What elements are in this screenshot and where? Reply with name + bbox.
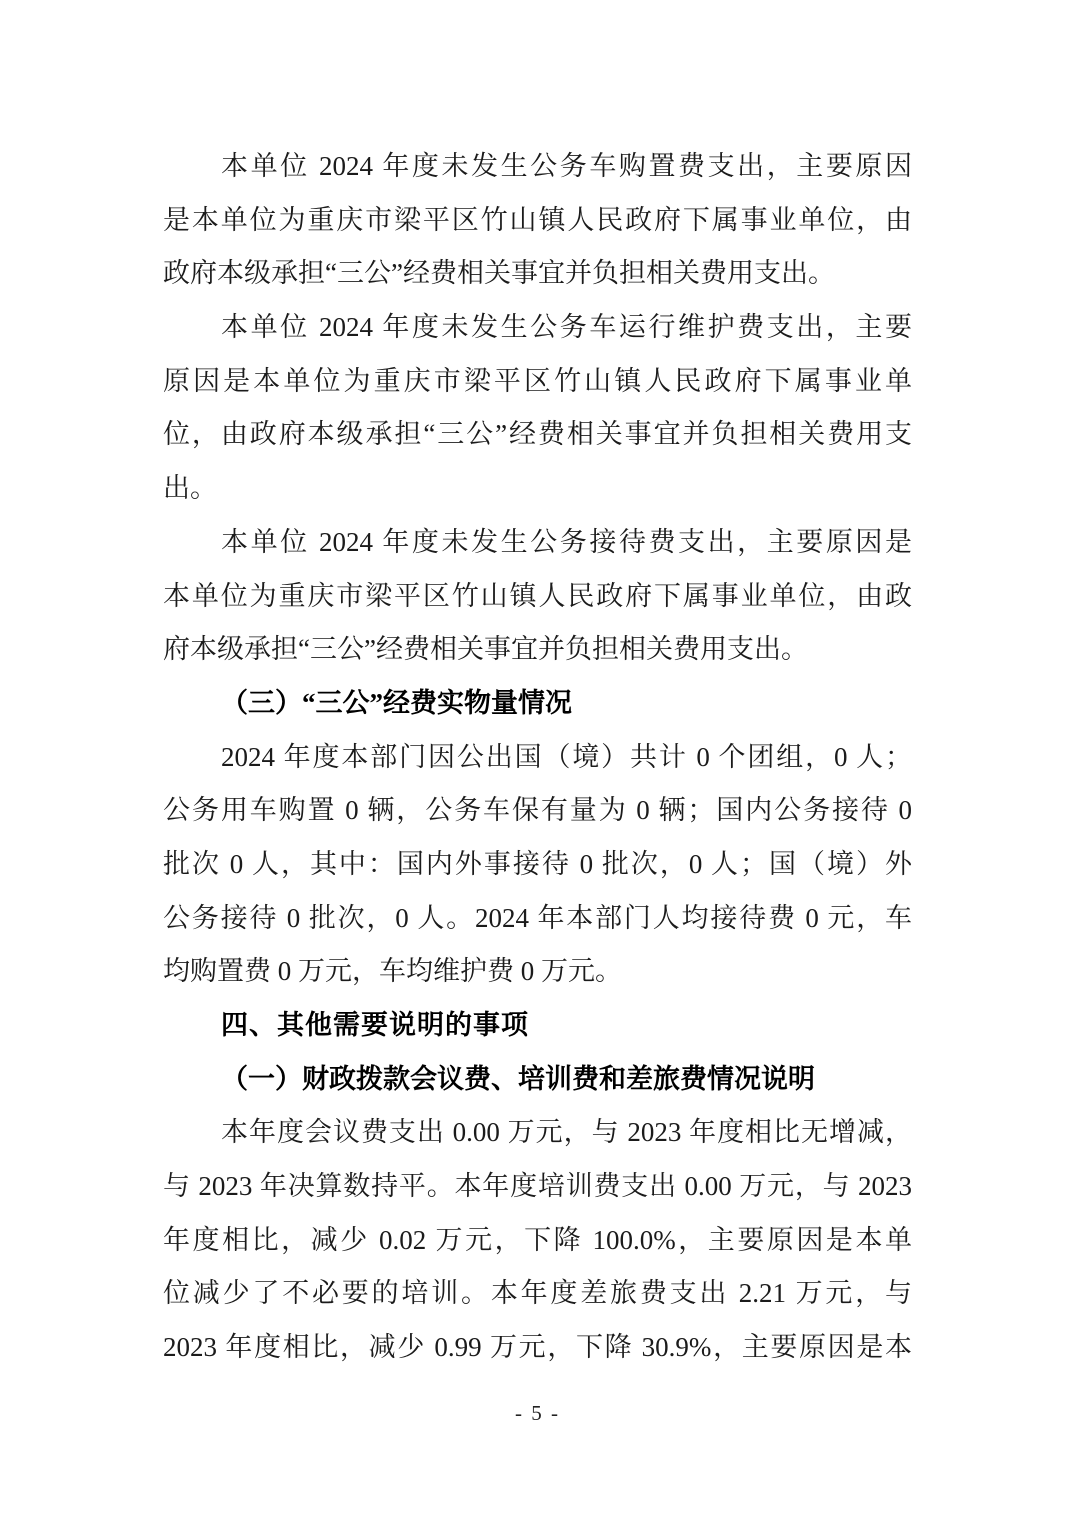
text-line: 府本级承担“三公”经费相关事宜并负担相关费用支出。 <box>163 623 912 677</box>
section-heading-other-items: 四、其他需要说明的事项 <box>163 999 912 1053</box>
text-line: 批次 0 人，其中：国内外事接待 0 批次，0 人；国（境）外 <box>163 838 912 892</box>
text-line: 本单位为重庆市梁平区竹山镇人民政府下属事业单位，由政 <box>163 570 912 624</box>
text-line: 本年度会议费支出 0.00 万元，与 2023 年度相比无增减， <box>163 1106 912 1160</box>
text-line: 2023 年度相比，减少 0.99 万元，下降 30.9%，主要原因是本 <box>163 1321 912 1375</box>
text-line: 出。 <box>163 462 912 516</box>
document-page: 本单位 2024 年度未发生公务车购置费支出，主要原因 是本单位为重庆市梁平区竹… <box>0 0 1075 1520</box>
text-line: 与 2023 年决算数持平。本年度培训费支出 0.00 万元，与 2023 <box>163 1160 912 1214</box>
text-line: 本单位 2024 年度未发生公务车运行维护费支出，主要 <box>163 301 912 355</box>
section-heading-three-public-quantity: （三）“三公”经费实物量情况 <box>163 677 912 731</box>
text-line: 是本单位为重庆市梁平区竹山镇人民政府下属事业单位，由 <box>163 194 912 248</box>
text-line: 公务用车购置 0 辆，公务车保有量为 0 辆；国内公务接待 0 <box>163 784 912 838</box>
text-line: 原因是本单位为重庆市梁平区竹山镇人民政府下属事业单 <box>163 355 912 409</box>
text-line: 位，由政府本级承担“三公”经费相关事宜并负担相关费用支 <box>163 408 912 462</box>
paragraph-reception: 本单位 2024 年度未发生公务接待费支出，主要原因是 本单位为重庆市梁平区竹山… <box>163 516 912 677</box>
text-line: 公务接待 0 批次，0 人。2024 年本部门人均接待费 0 元，车 <box>163 892 912 946</box>
paragraph-car-purchase: 本单位 2024 年度未发生公务车购置费支出，主要原因 是本单位为重庆市梁平区竹… <box>163 140 912 301</box>
section-heading-fiscal-fees: （一）财政拨款会议费、培训费和差旅费情况说明 <box>163 1053 912 1107</box>
document-text-block: 本单位 2024 年度未发生公务车购置费支出，主要原因 是本单位为重庆市梁平区竹… <box>163 140 912 1375</box>
paragraph-fees-detail: 本年度会议费支出 0.00 万元，与 2023 年度相比无增减， 与 2023 … <box>163 1106 912 1374</box>
text-line: 本单位 2024 年度未发生公务接待费支出，主要原因是 <box>163 516 912 570</box>
text-line: 政府本级承担“三公”经费相关事宜并负担相关费用支出。 <box>163 247 912 301</box>
text-line: 位减少了不必要的培训。本年度差旅费支出 2.21 万元，与 <box>163 1267 912 1321</box>
text-line: 年度相比，减少 0.02 万元，下降 100.0%，主要原因是本单 <box>163 1214 912 1268</box>
page-number: - 5 - <box>0 1398 1075 1428</box>
text-line: 2024 年度本部门因公出国（境）共计 0 个团组，0 人； <box>163 731 912 785</box>
text-line: 本单位 2024 年度未发生公务车购置费支出，主要原因 <box>163 140 912 194</box>
text-line: 均购置费 0 万元，车均维护费 0 万元。 <box>163 945 912 999</box>
paragraph-physical-quantity: 2024 年度本部门因公出国（境）共计 0 个团组，0 人； 公务用车购置 0 … <box>163 731 912 999</box>
paragraph-car-maintenance: 本单位 2024 年度未发生公务车运行维护费支出，主要 原因是本单位为重庆市梁平… <box>163 301 912 516</box>
